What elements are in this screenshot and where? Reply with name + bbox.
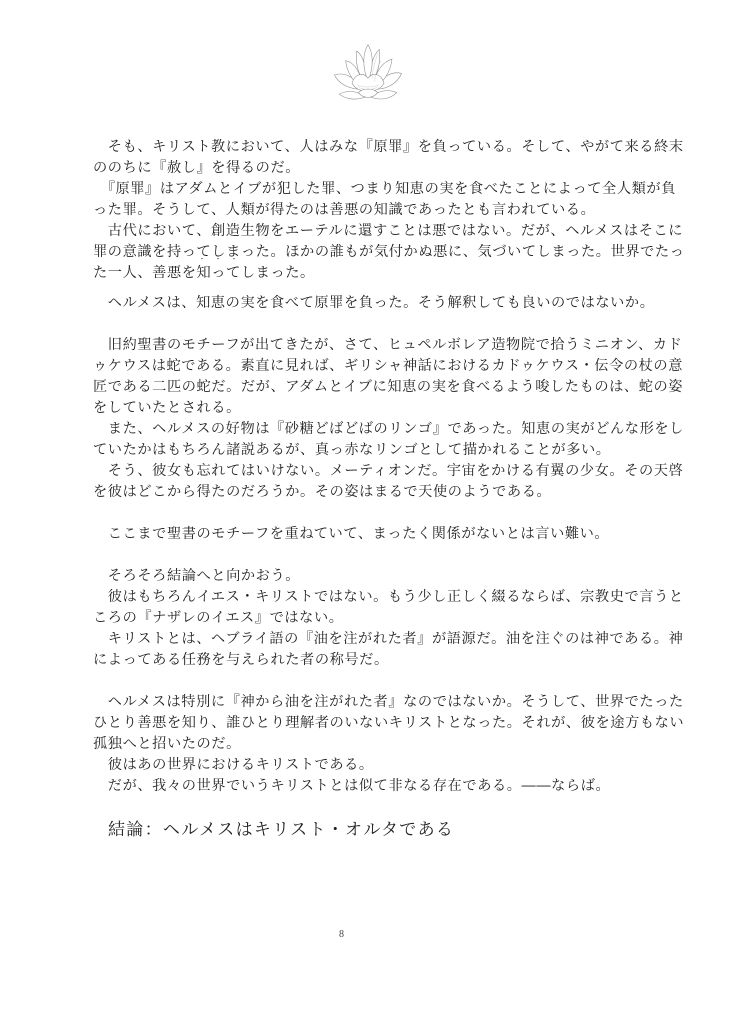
text-line: ヘルメスは特別に『神から油を注がれた者』なのではないか。そうして、世界でたった: [93, 692, 593, 713]
paragraph-bible-motifs-summary: ここまで聖書のモチーフを重ねていて、まったく関係がないとは言い難い。: [93, 524, 593, 545]
paragraph-spacer: [93, 284, 593, 293]
text-line: ていたかはもちろん諸説あるが、真っ赤なリンゴとして描かれることが多い。: [93, 440, 593, 461]
paragraph-spacer: [93, 671, 593, 692]
text-line: をしていたとされる。: [93, 398, 593, 419]
text-line: ゥケウスは蛇である。素直に見れば、ギリシャ神話におけるカドゥケウス・伝令の杖の意: [93, 356, 593, 377]
text-line: ののちに『赦し』を得るのだ。: [93, 158, 593, 179]
text-line: 彼はあの世界におけるキリストである。: [93, 755, 593, 776]
text-line: 孤独へと招いたのだ。: [93, 734, 593, 755]
text-line: 『原罪』はアダムとイブが犯した罪、つまり知恵の実を食べたことによって全人類が負: [93, 179, 593, 200]
paragraph-spacer: [93, 503, 593, 524]
text-line: また、ヘルメスの好物は『砂糖どばどばのリンゴ』であった。知恵の実がどんな形をし: [93, 419, 593, 440]
text-segment: しまった。: [241, 265, 315, 281]
emphasized-text: ・・・知って: [197, 263, 241, 284]
text-line: ヘルメスは、知恵の実を食べて原罪を負った。そう解釈しても良いのではないか。: [93, 293, 593, 314]
text-line: 罪の意識を持ってしまった。ほかの誰もが気付かぬ悪に、気づいてしまった。世界でたっ: [93, 242, 593, 263]
paragraph-spacer: [93, 314, 593, 335]
text-line: によってある任務を与えられた者の称号だ。: [93, 650, 593, 671]
document-page: そも、キリスト教において、人はみな『原罪』を負っている。そして、やがて来る終末 …: [0, 0, 732, 1024]
emphasis-dots: ・・・: [199, 256, 247, 263]
paragraph-toward-conclusion: そろそろ結論へと向かおう。 彼はもちろんイエス・キリストではない。もう少し正しく…: [93, 566, 593, 671]
text-line: た一人、善悪を・・・知ってしまった。: [93, 263, 593, 284]
page-number: 8: [339, 929, 344, 940]
text-line: キリストとは、ヘブライ語の『油を注がれた者』が語源だ。油を注ぐのは神である。神: [93, 629, 593, 650]
emphasized-word: 知って: [197, 265, 241, 281]
text-segment: た一人、善悪を: [93, 265, 197, 281]
text-line: そろそろ結論へと向かおう。: [93, 566, 593, 587]
conclusion-heading: 結論：ヘルメスはキリスト・オルタである: [108, 815, 454, 840]
text-line: ここまで聖書のモチーフを重ねていて、まったく関係がないとは言い難い。: [93, 524, 593, 545]
text-line: ころの『ナザレのイエス』ではない。: [93, 608, 593, 629]
text-line: そも、キリスト教において、人はみな『原罪』を負っている。そして、やがて来る終末: [93, 137, 593, 158]
text-line: 古代において、創造生物をエーテルに還すことは悪ではない。だが、ヘルメスはそこに: [93, 221, 593, 242]
paragraph-original-sin: そも、キリスト教において、人はみな『原罪』を負っている。そして、やがて来る終末 …: [93, 137, 593, 284]
text-line: 彼はもちろんイエス・キリストではない。もう少し正しく綴るならば、宗教史で言うと: [93, 587, 593, 608]
paragraph-old-testament-motifs: 旧約聖書のモチーフが出てきたが、さて、ヒュペルボレア造物院で拾うミニオン、カド …: [93, 335, 593, 503]
text-line: ひとり善悪を知り、誰ひとり理解者のいないキリストとなった。それが、彼を途方もない: [93, 713, 593, 734]
body-text: そも、キリスト教において、人はみな『原罪』を負っている。そして、やがて来る終末 …: [93, 137, 593, 797]
text-line: そう、彼女も忘れてはいけない。メーティオンだ。宇宙をかける有翼の少女。その天啓: [93, 461, 593, 482]
text-line: だが、我々の世界でいうキリストとは似て非なる存在である。――ならば。: [93, 776, 593, 797]
paragraph-spacer: [93, 545, 593, 566]
paragraph-hermes-christ: ヘルメスは特別に『神から油を注がれた者』なのではないか。そうして、世界でたった …: [93, 692, 593, 797]
text-line: 匠である二匹の蛇だ。だが、アダムとイブに知恵の実を食べるよう唆したものは、蛇の姿: [93, 377, 593, 398]
text-line: った罪。そうして、人類が得たのは善悪の知識であったとも言われている。: [93, 200, 593, 221]
lotus-flower-icon: [328, 40, 408, 110]
text-line: を彼はどこから得たのだろうか。その姿はまるで天使のようである。: [93, 482, 593, 503]
text-line: 旧約聖書のモチーフが出てきたが、さて、ヒュペルボレア造物院で拾うミニオン、カド: [93, 335, 593, 356]
paragraph-hermes-interpretation: ヘルメスは、知恵の実を食べて原罪を負った。そう解釈しても良いのではないか。: [93, 293, 593, 314]
